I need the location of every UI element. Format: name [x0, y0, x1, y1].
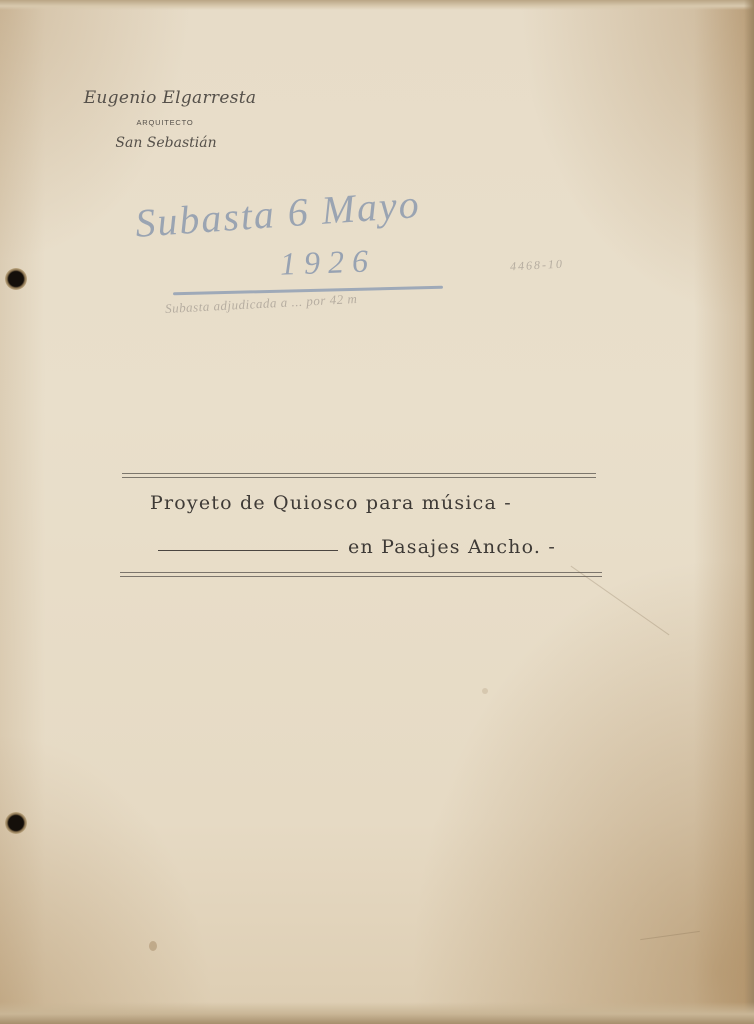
adjudication-note: Subasta adjudicada a ... por 42 m [165, 291, 358, 317]
punch-hole-bottom-icon [5, 812, 27, 834]
stain-mark [482, 688, 488, 694]
title-rule-top [122, 473, 596, 478]
paper-crease [640, 931, 700, 940]
architect-city: San Sebastián [52, 135, 280, 151]
stain-mark [149, 941, 157, 951]
paper-crease [571, 566, 670, 636]
project-title-line-1: Proyeto de Quiosco para música - [150, 492, 512, 514]
paper-top-edge [0, 0, 754, 10]
title-rule-bottom [120, 572, 602, 577]
letterhead: Eugenio Elgarresta ARQUITECTO San Sebast… [60, 88, 280, 151]
punch-hole-top-icon [5, 268, 27, 290]
architect-name: Eugenio Elgarresta [60, 88, 280, 108]
architect-title: ARQUITECTO [50, 118, 280, 127]
auction-year-note: 1926 [279, 242, 376, 282]
project-title-line-2: en Pasajes Ancho. - [348, 536, 556, 558]
paper-bottom-edge [0, 1002, 754, 1024]
auction-date-note: Subasta 6 Mayo [134, 180, 422, 247]
title-fill-dash [158, 550, 338, 551]
document-page: Eugenio Elgarresta ARQUITECTO San Sebast… [0, 0, 754, 1024]
paper-right-edge [744, 0, 754, 1024]
reference-number-note: 4468-10 [510, 257, 565, 275]
